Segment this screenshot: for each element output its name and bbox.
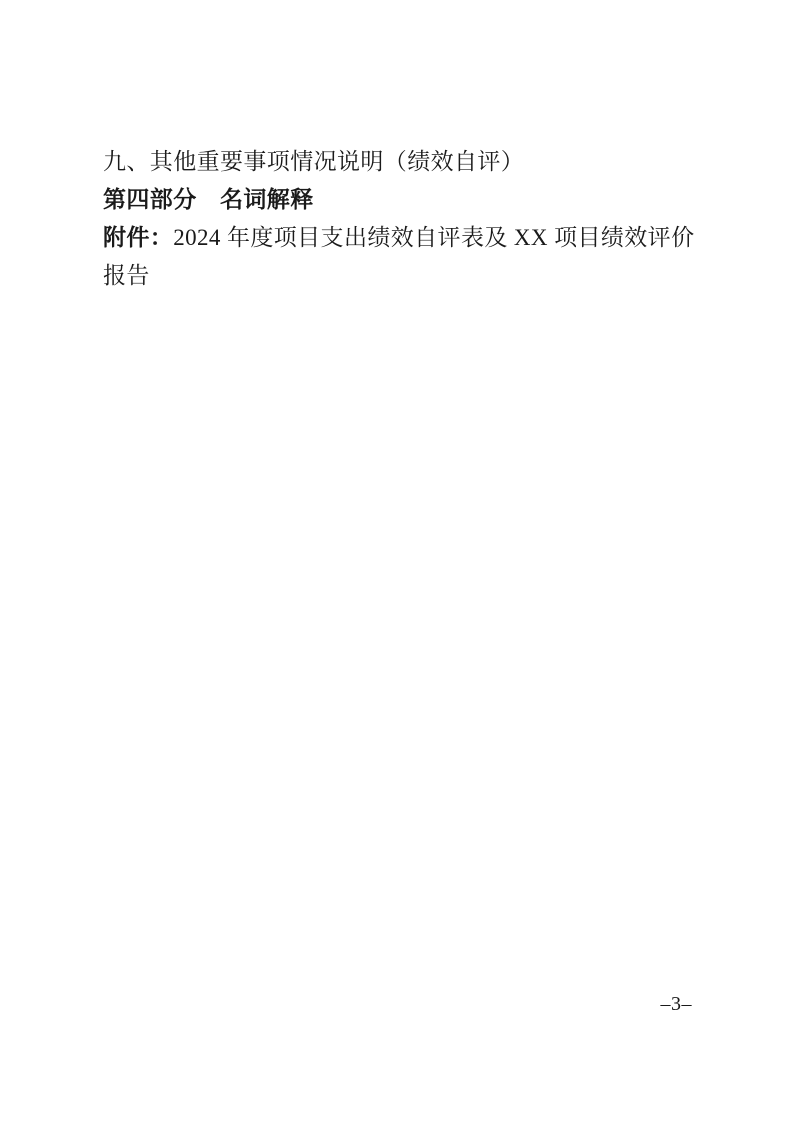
- attachment-label: 附件：: [103, 225, 173, 250]
- attachment-continuation-line: 报告: [103, 257, 693, 295]
- document-content: 九、其他重要事项情况说明（绩效自评） 第四部分 名词解释 附件：2024 年度项…: [103, 143, 693, 295]
- section-nine-line: 九、其他重要事项情况说明（绩效自评）: [103, 143, 693, 181]
- page-number: –3–: [661, 994, 693, 1014]
- attachment-line: 附件：2024 年度项目支出绩效自评表及 XX 项目绩效评价: [103, 219, 693, 257]
- document-page: 九、其他重要事项情况说明（绩效自评） 第四部分 名词解释 附件：2024 年度项…: [0, 0, 793, 1122]
- part-four-heading: 第四部分 名词解释: [103, 181, 693, 219]
- attachment-text: 2024 年度项目支出绩效自评表及 XX 项目绩效评价: [173, 225, 694, 250]
